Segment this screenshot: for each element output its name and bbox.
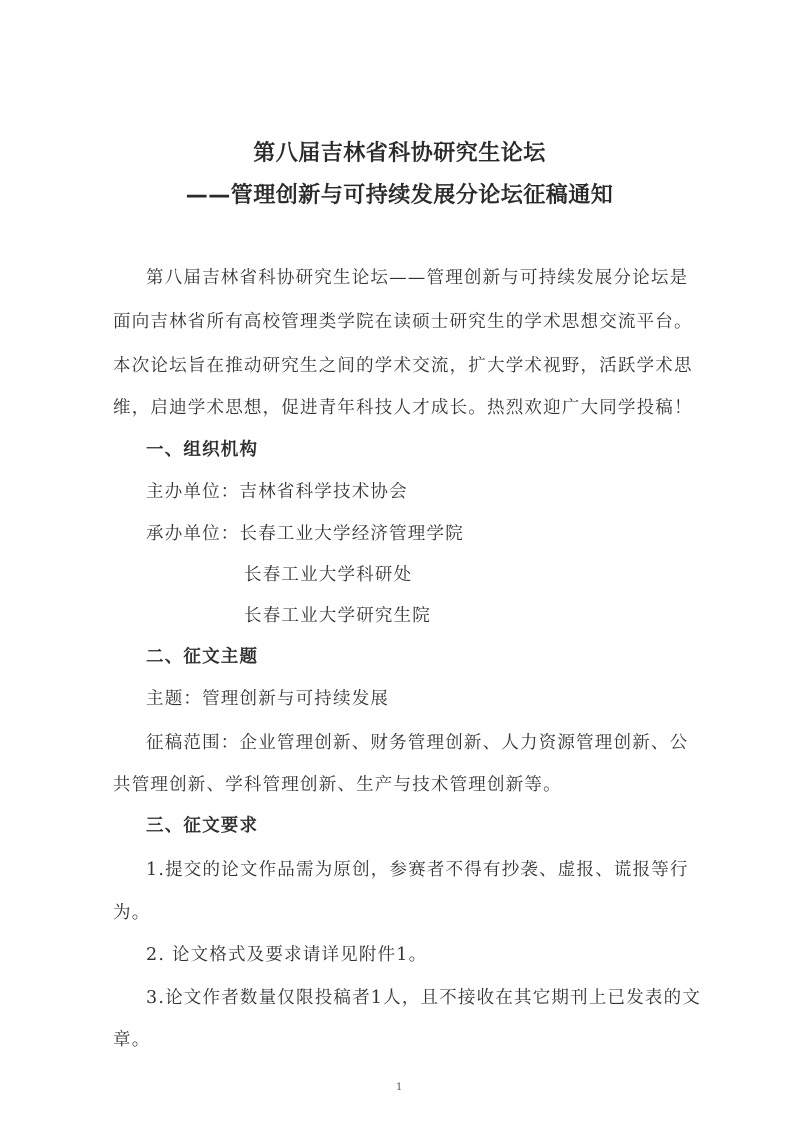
intro-line-4: 维，启迪学术思想，促进青年科技人才成长。热烈欢迎广大同学投稿！ [113,394,693,419]
document-page: 第八届吉林省科协研究生论坛 ——管理创新与可持续发展分论坛征稿通知 第八届吉林省… [0,0,799,1130]
intro-line-3: 本次论坛旨在推动研究生之间的学术交流，扩大学术视野，活跃学术思 [113,352,693,377]
requirement-3-line-2: 章。 [113,1026,150,1051]
requirement-3-line-1: 3.论文作者数量仅限投稿者1人，且不接收在其它期刊上已发表的文 [146,984,701,1009]
title-line-1: 第八届吉林省科协研究生论坛 [0,136,799,167]
page-number: 1 [396,1082,402,1093]
requirement-1-line-1: 1.提交的论文作品需为原创，参赛者不得有抄袭、虚报、谎报等行 [146,856,689,881]
requirement-1-line-2: 为。 [113,899,150,924]
host-unit: 主办单位：吉林省科学技术协会 [146,478,408,503]
scope-line-2: 共管理创新、学科管理创新、生产与技术管理创新等。 [113,771,562,796]
title-line-2: ——管理创新与可持续发展分论坛征稿通知 [0,178,799,209]
section-heading-theme: 二、征文主题 [146,643,258,668]
organizer-unit-2: 长春工业大学科研处 [244,561,412,586]
intro-line-1: 第八届吉林省科协研究生论坛——管理创新与可持续发展分论坛是 [146,264,688,289]
intro-line-2: 面向吉林省所有高校管理类学院在读硕士研究生的学术思想交流平台。 [113,308,693,333]
organizer-unit: 承办单位：长春工业大学经济管理学院 [146,520,464,545]
theme-text: 主题：管理创新与可持续发展 [146,685,389,710]
scope-line-1: 征稿范围：企业管理创新、财务管理创新、人力资源管理创新、公 [146,729,688,754]
section-heading-organization: 一、组织机构 [146,436,258,461]
section-heading-requirements: 三、征文要求 [146,812,258,837]
organizer-unit-3: 长春工业大学研究生院 [244,602,431,627]
requirement-2: 2. 论文格式及要求请详见附件1。 [146,941,427,966]
